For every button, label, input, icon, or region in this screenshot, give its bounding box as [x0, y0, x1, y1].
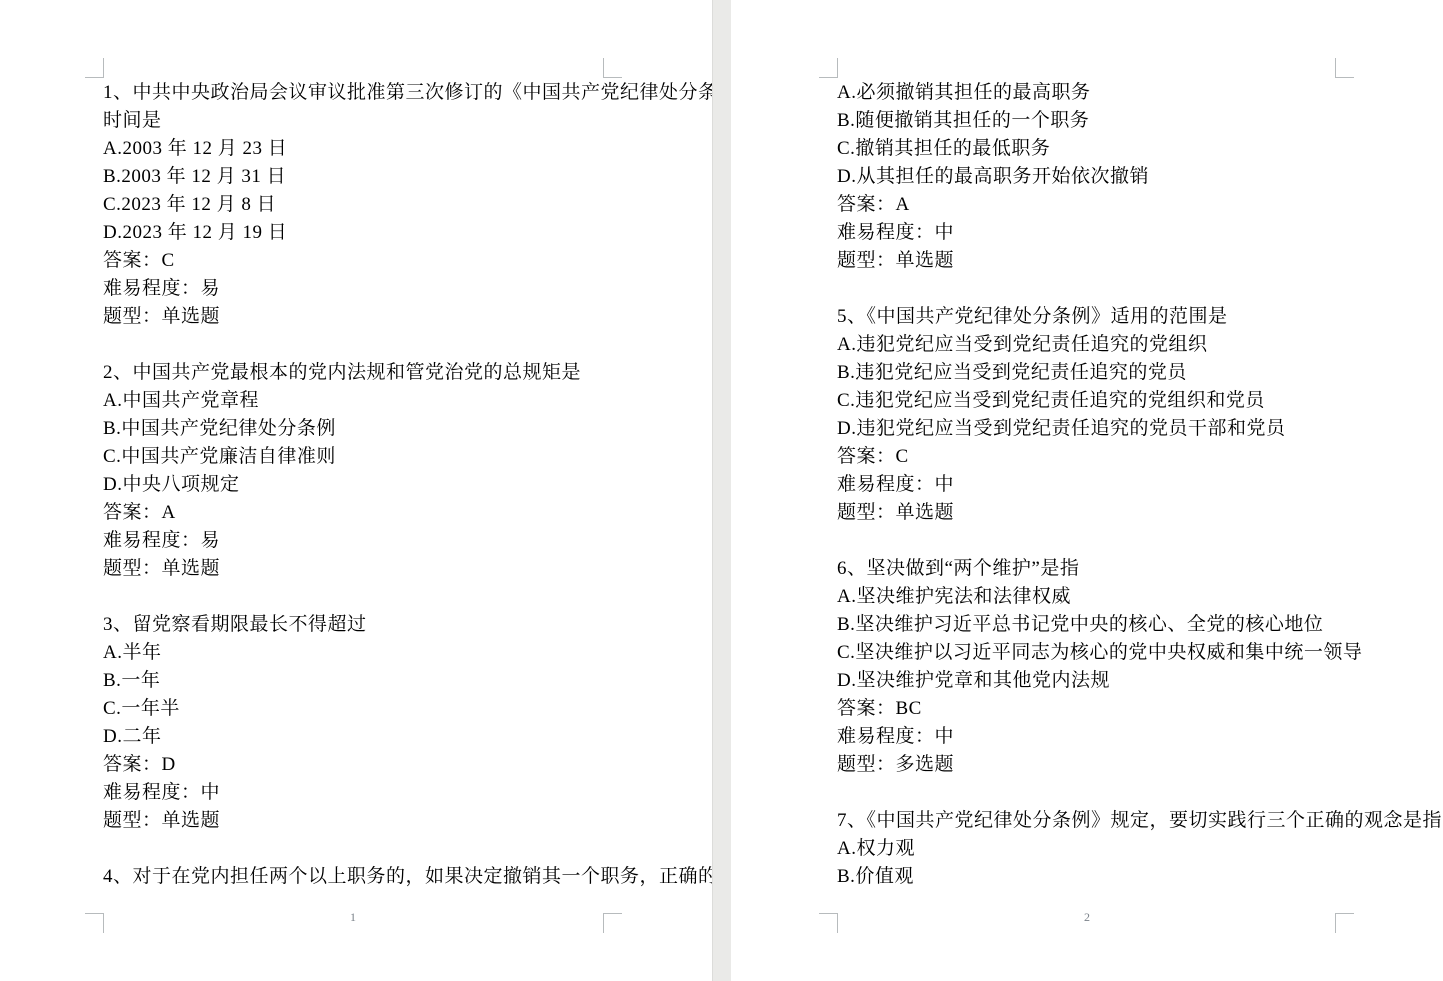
page-2: A.必须撤销其担任的最高职务B.随便撤销其担任的一个职务C.撤销其担任的最低职务… [731, 0, 1443, 981]
text-line[interactable]: 题型：单选题 [837, 247, 1349, 275]
text-line[interactable]: C.违犯党纪应当受到党纪责任追究的党组织和党员 [837, 387, 1349, 415]
text-line[interactable]: 题型：单选题 [103, 807, 615, 835]
text-line[interactable]: D.2023 年 12 月 19 日 [103, 219, 615, 247]
margin-corner-mark [603, 913, 622, 933]
page-1-text-body[interactable]: 1、中共中央政治局会议审议批准第三次修订的《中国共产党纪律处分条例》的时间是A.… [103, 79, 615, 891]
text-line[interactable]: 答案：C [103, 247, 615, 275]
text-line[interactable]: 7、《中国共产党纪律处分条例》规定，要切实践行三个正确的观念是指 [837, 807, 1349, 835]
margin-corner-mark [85, 913, 104, 933]
text-line[interactable]: 1、中共中央政治局会议审议批准第三次修订的《中国共产党纪律处分条例》的 [103, 79, 615, 107]
page-2-text-body[interactable]: A.必须撤销其担任的最高职务B.随便撤销其担任的一个职务C.撤销其担任的最低职务… [837, 79, 1349, 891]
margin-corner-mark [603, 58, 622, 78]
margin-corner-mark [1335, 58, 1354, 78]
text-line[interactable]: C.一年半 [103, 695, 615, 723]
page-number: 2 [837, 910, 1337, 924]
blank-line[interactable] [837, 275, 1349, 303]
text-line[interactable]: C.2023 年 12 月 8 日 [103, 191, 615, 219]
text-line[interactable]: 5、《中国共产党纪律处分条例》适用的范围是 [837, 303, 1349, 331]
text-line[interactable]: B.一年 [103, 667, 615, 695]
text-line[interactable]: D.坚决维护党章和其他党内法规 [837, 667, 1349, 695]
text-line[interactable]: 难易程度：中 [837, 723, 1349, 751]
blank-line[interactable] [103, 583, 615, 611]
text-line[interactable]: C.坚决维护以习近平同志为核心的党中央权威和集中统一领导 [837, 639, 1349, 667]
text-line[interactable]: 难易程度：中 [837, 471, 1349, 499]
text-line[interactable]: A.权力观 [837, 835, 1349, 863]
margin-corner-mark [85, 58, 104, 78]
text-line[interactable]: 答案：A [837, 191, 1349, 219]
text-line[interactable]: 答案：BC [837, 695, 1349, 723]
text-line[interactable]: D.违犯党纪应当受到党纪责任追究的党员干部和党员 [837, 415, 1349, 443]
text-line[interactable]: B.违犯党纪应当受到党纪责任追究的党员 [837, 359, 1349, 387]
margin-corner-mark [1335, 913, 1354, 933]
text-line[interactable]: A.必须撤销其担任的最高职务 [837, 79, 1349, 107]
page-number: 1 [103, 910, 603, 924]
margin-corner-mark [819, 913, 838, 933]
text-line[interactable]: B.2003 年 12 月 31 日 [103, 163, 615, 191]
text-line[interactable]: 答案：D [103, 751, 615, 779]
text-line[interactable]: 答案：C [837, 443, 1349, 471]
text-line[interactable]: D.中央八项规定 [103, 471, 615, 499]
text-line[interactable]: A.半年 [103, 639, 615, 667]
text-line[interactable]: B.价值观 [837, 863, 1349, 891]
text-line[interactable]: 答案：A [103, 499, 615, 527]
text-line[interactable]: 6、坚决做到“两个维护”是指 [837, 555, 1349, 583]
text-line[interactable]: 题型：单选题 [103, 303, 615, 331]
text-line[interactable]: 时间是 [103, 107, 615, 135]
text-line[interactable]: 难易程度：易 [103, 275, 615, 303]
text-line[interactable]: 2、中国共产党最根本的党内法规和管党治党的总规矩是 [103, 359, 615, 387]
text-line[interactable]: A.2003 年 12 月 23 日 [103, 135, 615, 163]
text-line[interactable]: A.违犯党纪应当受到党纪责任追究的党组织 [837, 331, 1349, 359]
text-line[interactable]: 题型：单选题 [103, 555, 615, 583]
text-line[interactable]: D.从其担任的最高职务开始依次撤销 [837, 163, 1349, 191]
text-line[interactable]: 难易程度：中 [837, 219, 1349, 247]
text-line[interactable]: D.二年 [103, 723, 615, 751]
text-line[interactable]: A.中国共产党章程 [103, 387, 615, 415]
blank-line[interactable] [837, 779, 1349, 807]
text-line[interactable]: 题型：单选题 [837, 499, 1349, 527]
document-canvas: 1、中共中央政治局会议审议批准第三次修订的《中国共产党纪律处分条例》的时间是A.… [0, 0, 1443, 981]
text-line[interactable]: C.中国共产党廉洁自律准则 [103, 443, 615, 471]
text-line[interactable]: 3、留党察看期限最长不得超过 [103, 611, 615, 639]
text-line[interactable]: 难易程度：中 [103, 779, 615, 807]
blank-line[interactable] [837, 527, 1349, 555]
page-1: 1、中共中央政治局会议审议批准第三次修订的《中国共产党纪律处分条例》的时间是A.… [0, 0, 712, 981]
text-line[interactable]: B.坚决维护习近平总书记党中央的核心、全党的核心地位 [837, 611, 1349, 639]
text-line[interactable]: 难易程度：易 [103, 527, 615, 555]
blank-line[interactable] [103, 835, 615, 863]
blank-line[interactable] [103, 331, 615, 359]
text-line[interactable]: B.中国共产党纪律处分条例 [103, 415, 615, 443]
margin-corner-mark [819, 58, 838, 78]
page-gap-divider [712, 0, 732, 981]
text-line[interactable]: C.撤销其担任的最低职务 [837, 135, 1349, 163]
text-line[interactable]: A.坚决维护宪法和法律权威 [837, 583, 1349, 611]
text-line[interactable]: 题型：多选题 [837, 751, 1349, 779]
text-line[interactable]: B.随便撤销其担任的一个职务 [837, 107, 1349, 135]
text-line[interactable]: 4、对于在党内担任两个以上职务的，如果决定撤销其一个职务，正确的做法是 [103, 863, 615, 891]
